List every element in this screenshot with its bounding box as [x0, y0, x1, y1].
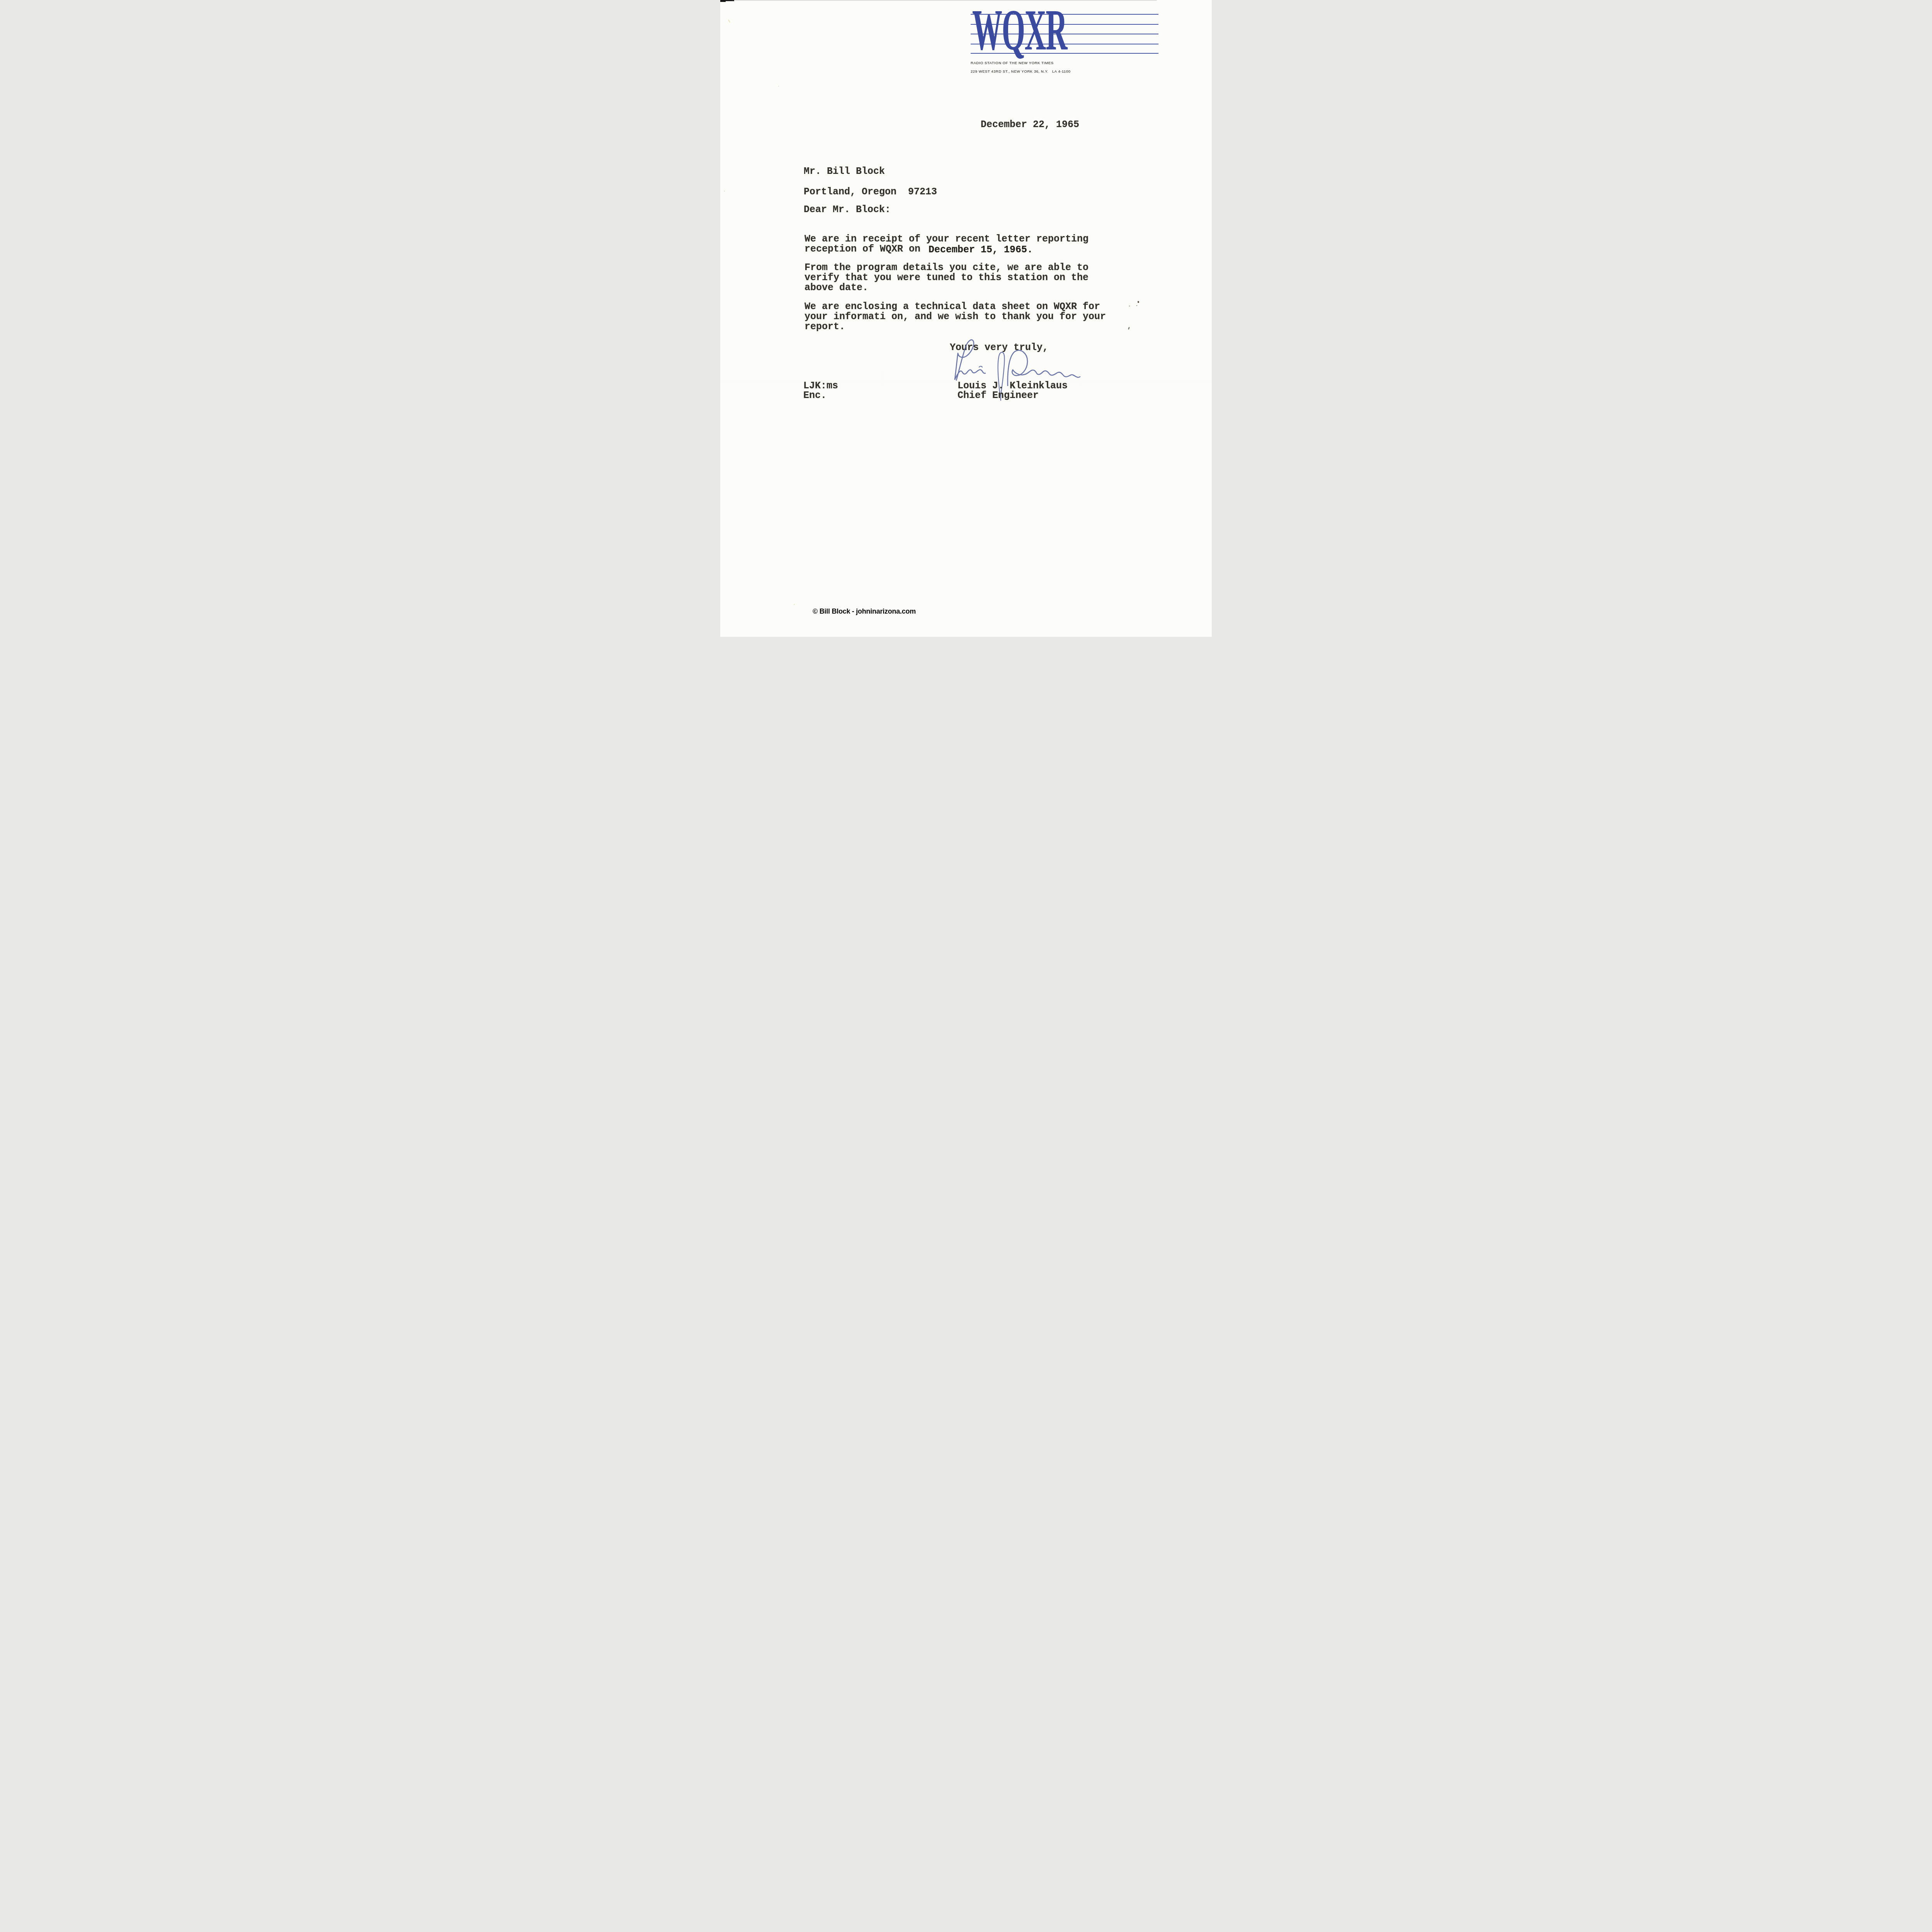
reference-and-enclosure: LJK:ms Enc. [803, 381, 838, 400]
paper-speck [794, 604, 795, 605]
paper-speck [1136, 305, 1137, 306]
date-line: December 22, 1965 [981, 120, 1079, 130]
paper-speck [728, 19, 730, 23]
letterhead-address: 229 WEST 43RD ST., NEW YORK 36, N.Y. LA … [971, 70, 1071, 74]
paper-speck [1129, 306, 1130, 306]
body-paragraph-2: From the program details you cite, we ar… [804, 263, 1088, 293]
salutation: Dear Mr. Block: [804, 205, 891, 215]
scan-top-edge-artifact [732, 0, 1157, 1]
body-paragraph-1: We are in receipt of your recent letter … [804, 234, 1088, 254]
signature-stroke [979, 366, 982, 367]
paragraph-line: We are in receipt of your recent letter … [804, 233, 1088, 245]
wqxr-wordmark: WQXR [972, 1, 1067, 59]
signature-stroke [955, 340, 985, 380]
letterhead-tagline: RADIO STATION OF THE NEW YORK TIMES [971, 61, 1054, 65]
paper-speck [1138, 301, 1139, 303]
body-paragraph-3: We are enclosing a technical data sheet … [804, 302, 1106, 332]
paper-speck [724, 190, 725, 192]
letter-scan-page: WQXR RADIO STATION OF THE NEW YORK TIMES… [720, 0, 1212, 637]
paper-speck [1128, 327, 1130, 330]
footer-credit: © Bill Block - johninarizona.com [813, 607, 916, 616]
signature-ink [949, 335, 1084, 415]
fill-in-date: December 15, 1965. [929, 244, 1033, 255]
recipient-city: Portland, Oregon 97213 [804, 187, 937, 197]
signer-name-title: Louis J. Kleinklaus Chief Engineer [957, 381, 1068, 400]
paper-speck [778, 86, 779, 87]
paragraph-line: reception of WQXR on [804, 243, 926, 255]
wqxr-logo: WQXR [971, 14, 1158, 54]
recipient-name: Mr. Bill Block [804, 167, 885, 177]
